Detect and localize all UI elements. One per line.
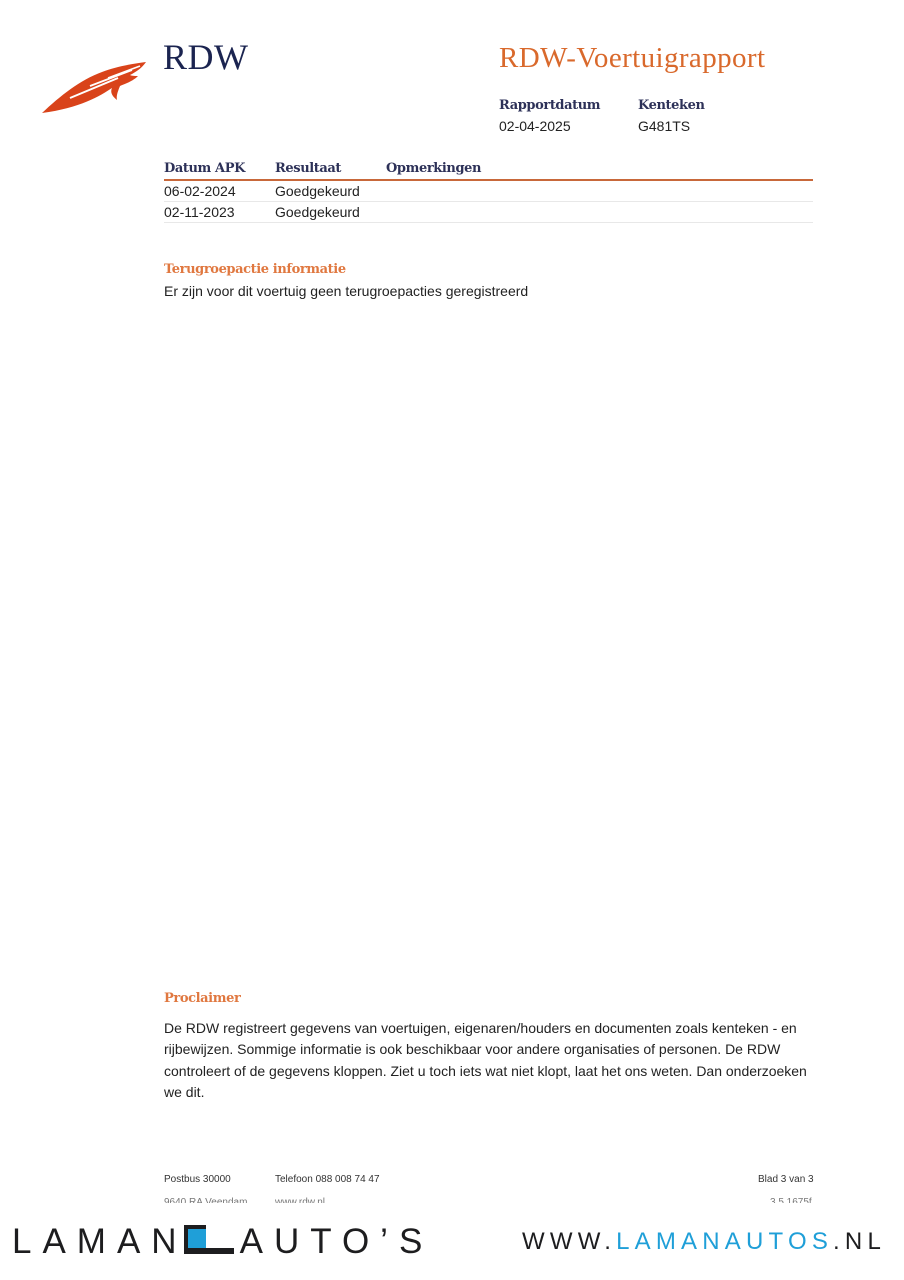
column-header-resultaat: Resultaat: [275, 160, 386, 179]
proclaimer-title: Proclaimer: [164, 991, 240, 1006]
dealer-url-prefix: WWW.: [522, 1228, 616, 1255]
column-header-datum-apk: Datum APK: [164, 160, 275, 179]
footer-postbus: Postbus 30000: [164, 1174, 231, 1185]
meta-label-rapportdatum: Rapportdatum: [499, 98, 600, 113]
footer-phone: Telefoon 088 008 74 47: [275, 1174, 380, 1185]
table-row: 02-11-2023 Goedgekeurd: [164, 202, 813, 223]
dealer-name-left: LAMAN: [12, 1222, 188, 1261]
footer-page-number: Blad 3 van 3: [758, 1174, 814, 1185]
cell-resultaat: Goedgekeurd: [275, 181, 386, 201]
rdw-feather-logo-icon: [40, 58, 150, 116]
meta-value-rapportdatum: 02-04-2025: [499, 118, 571, 134]
footer-code: 3.5.1675f: [770, 1197, 812, 1203]
table-row: 06-02-2024 Goedgekeurd: [164, 181, 813, 202]
meta-value-kenteken: G481TS: [638, 118, 690, 134]
dealer-url-brand: LAMANAUTOS: [616, 1228, 833, 1255]
cell-resultaat: Goedgekeurd: [275, 202, 386, 222]
footer-website: www.rdw.nl: [275, 1197, 325, 1203]
footer-city: 9640 RA Veendam: [164, 1197, 247, 1203]
recall-text: Er zijn voor dit voertuig geen terugroep…: [164, 283, 528, 299]
proclaimer-text: De RDW registreert gegevens van voertuig…: [164, 1018, 814, 1103]
apk-table-header: Datum APK Resultaat Opmerkingen: [164, 160, 813, 181]
meta-label-kenteken: Kenteken: [638, 98, 705, 113]
dealer-box-icon: [184, 1225, 234, 1255]
cell-datum: 02-11-2023: [164, 202, 275, 222]
cell-datum: 06-02-2024: [164, 181, 275, 201]
recall-section-title: Terugroepactie informatie: [164, 262, 346, 277]
dealer-website: WWW.LAMANAUTOS.NL: [522, 1228, 886, 1256]
column-header-opmerkingen: Opmerkingen: [386, 160, 813, 179]
dealer-logo: LAMANAUTO’S: [12, 1222, 433, 1262]
dealer-url-suffix: .NL: [833, 1228, 886, 1255]
apk-table: Datum APK Resultaat Opmerkingen 06-02-20…: [164, 160, 813, 223]
dealer-name-right: AUTO’S: [240, 1222, 434, 1261]
rdw-logo-text: RDW: [163, 36, 249, 78]
report-title: RDW-Voertuigrapport: [499, 42, 765, 75]
